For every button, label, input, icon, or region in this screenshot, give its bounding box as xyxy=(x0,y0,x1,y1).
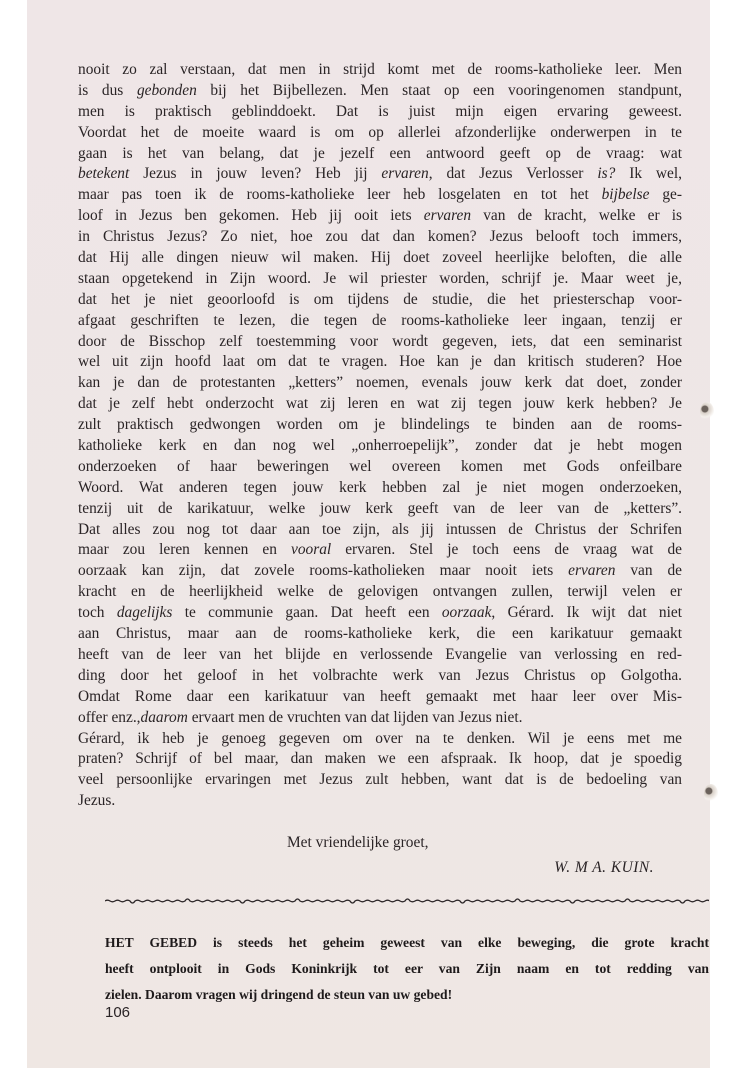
text-line: onderzoeken of haar beweringen wel overe… xyxy=(78,457,682,478)
text-run: Woord. Wat anderen tegen jouw kerk hebbe… xyxy=(78,479,682,496)
text-run: onderzoeken of haar beweringen wel overe… xyxy=(78,458,682,475)
prayer-notice: HET GEBED is steeds het geheim geweest v… xyxy=(105,930,709,1008)
text-run: afgaat geschriften te lezen, die tegen d… xyxy=(78,312,682,329)
text-line: afgaat geschriften te lezen, die tegen d… xyxy=(78,311,682,332)
text-run: kracht en de heerlijkheid welke de gelov… xyxy=(78,583,682,600)
text-line: dat Hij alle dingen nieuw wil maken. Hij… xyxy=(78,248,682,269)
emphasis-text: ervaren xyxy=(381,165,428,182)
text-line: heeft van de leer van het blijde en verl… xyxy=(78,645,682,666)
text-line: door de Bisschop zelf toestemming voor w… xyxy=(78,332,682,353)
text-run: van de xyxy=(615,562,682,579)
text-run: ge- xyxy=(649,186,682,203)
text-run: te communie gaan. Dat heeft een xyxy=(172,604,441,621)
emphasis-text: is? xyxy=(597,165,615,182)
text-run: , Gérard. Ik wijt dat niet xyxy=(491,604,682,621)
text-run: Ik wel, xyxy=(615,165,682,182)
text-run: staan opgetekend in Zijn woord. Je wil p… xyxy=(78,270,682,287)
text-line: Voordat het de moeite waard is om op all… xyxy=(78,123,682,144)
text-line: dat het je niet geoorloofd is om tijdens… xyxy=(78,290,682,311)
text-run: wel uit zijn hoofd laat om dat te vragen… xyxy=(78,353,682,370)
text-run: maar zou leren kennen en xyxy=(78,541,291,558)
text-line: aan Christus, maar aan de rooms-katholie… xyxy=(78,624,682,645)
text-line: staan opgetekend in Zijn woord. Je wil p… xyxy=(78,269,682,290)
text-run: tenzij uit de karikatuur, welke jouw ker… xyxy=(78,500,682,517)
text-line: is dus gebonden bij het Bijbellezen. Men… xyxy=(78,81,682,102)
book-page: nooit zo zal verstaan, dat men in strijd… xyxy=(27,0,710,1068)
text-run: maar pas toen ik de rooms-katholieke lee… xyxy=(78,186,602,203)
punch-hole-mark xyxy=(700,402,714,422)
text-line: Omdat Rome daar een karikatuur van heeft… xyxy=(78,687,682,708)
emphasis-text: vooral xyxy=(291,541,331,558)
text-line: kracht en de heerlijkheid welke de gelov… xyxy=(78,582,682,603)
text-line: nooit zo zal verstaan, dat men in strijd… xyxy=(78,60,682,81)
text-line: toch dagelijks te communie gaan. Dat hee… xyxy=(78,603,682,624)
emphasis-text: daarom xyxy=(141,709,188,726)
text-run: nooit zo zal verstaan, dat men in strijd… xyxy=(78,61,682,78)
text-line: maar pas toen ik de rooms-katholieke lee… xyxy=(78,185,682,206)
punch-hole-mark xyxy=(704,784,718,804)
text-run: men is praktisch geblinddoekt. Dat is ju… xyxy=(78,103,682,120)
letter-greeting: Met vriendelijke groet, xyxy=(287,834,428,852)
text-run: Gérard, ik heb je genoeg gegeven om over… xyxy=(78,730,682,747)
text-run: is dus xyxy=(78,82,137,99)
text-run: dat Hij alle dingen nieuw wil maken. Hij… xyxy=(78,249,682,266)
emphasis-text: bijbelse xyxy=(602,186,650,203)
text-line: wel uit zijn hoofd laat om dat te vragen… xyxy=(78,352,682,373)
text-line: HET GEBED is steeds het geheim geweest v… xyxy=(105,930,709,956)
text-line: Dat alles zou nog tot daar aan toe zijn,… xyxy=(78,520,682,541)
text-line: heeft ontplooit in Gods Koninkrijk tot e… xyxy=(105,956,709,982)
text-run: zult praktisch gedwongen worden om je bl… xyxy=(78,416,682,433)
page-number: 106 xyxy=(105,1004,130,1021)
text-run: toch xyxy=(78,604,117,621)
text-run: van de kracht, welke er is xyxy=(471,207,682,224)
text-run: , dat Jezus Verlosser xyxy=(429,165,598,182)
text-line: dat je zelf hebt onderzocht wat zij lere… xyxy=(78,394,682,415)
letter-body: nooit zo zal verstaan, dat men in strijd… xyxy=(78,60,682,812)
text-run: praten? Schrijf of bel maar, dan maken w… xyxy=(78,750,682,767)
text-line: gaan is het van belang, dat je jezelf ee… xyxy=(78,144,682,165)
text-run: oorzaak kan zijn, dat zovele rooms-katho… xyxy=(78,562,568,579)
text-line: Gérard, ik heb je genoeg gegeven om over… xyxy=(78,729,682,750)
text-run: loof in Jezus ben gekomen. Heb jij ooit … xyxy=(78,207,424,224)
text-line: ding door het geloof in het volbrachte w… xyxy=(78,666,682,687)
text-line: praten? Schrijf of bel maar, dan maken w… xyxy=(78,749,682,770)
text-run: ding door het geloof in het volbrachte w… xyxy=(78,667,682,684)
emphasis-text: dagelijks xyxy=(117,604,173,621)
text-run: kan je dan de protestanten „ketters” noe… xyxy=(78,374,682,391)
text-line: men is praktisch geblinddoekt. Dat is ju… xyxy=(78,102,682,123)
text-run: veel persoonlijke ervaringen met Jezus z… xyxy=(78,771,682,788)
text-run: ervaart men de vruchten van dat lijden v… xyxy=(188,709,523,726)
wavy-divider xyxy=(105,893,709,907)
emphasis-text: betekent xyxy=(78,165,129,182)
letter-signature: W. M A. KUIN. xyxy=(554,859,654,877)
text-run: gaan is het van belang, dat je jezelf ee… xyxy=(78,145,682,162)
text-line: veel persoonlijke ervaringen met Jezus z… xyxy=(78,770,682,791)
text-line: maar zou leren kennen en vooral ervaren.… xyxy=(78,540,682,561)
text-run: Dat alles zou nog tot daar aan toe zijn,… xyxy=(78,521,682,538)
emphasis-text: gebonden xyxy=(137,82,197,99)
text-run: dat het je niet geoorloofd is om tijdens… xyxy=(78,291,682,308)
text-run: Omdat Rome daar een karikatuur van heeft… xyxy=(78,688,682,705)
text-line: loof in Jezus ben gekomen. Heb jij ooit … xyxy=(78,206,682,227)
text-line: Woord. Wat anderen tegen jouw kerk hebbe… xyxy=(78,478,682,499)
text-line: kan je dan de protestanten „ketters” noe… xyxy=(78,373,682,394)
text-run: offer enz., xyxy=(78,709,141,726)
text-run: aan Christus, maar aan de rooms-katholie… xyxy=(78,625,682,642)
text-line: katholieke kerk en dan nog wel „onherroe… xyxy=(78,436,682,457)
text-line: oorzaak kan zijn, dat zovele rooms-katho… xyxy=(78,561,682,582)
emphasis-text: ervaren xyxy=(568,562,615,579)
text-run: is steeds het geheim geweest van elke be… xyxy=(197,935,709,950)
text-run: katholieke kerk en dan nog wel „onherroe… xyxy=(78,437,682,454)
text-run: in Christus Jezus? Zo niet, hoe zou dat … xyxy=(78,228,682,245)
text-line: zielen. Daarom vragen wij dringend de st… xyxy=(105,982,709,1008)
emphasis-text: ervaren xyxy=(424,207,471,224)
text-run: HET GEBED xyxy=(105,935,197,950)
text-line: zult praktisch gedwongen worden om je bl… xyxy=(78,415,682,436)
text-line: offer enz.,daarom ervaart men de vruchte… xyxy=(78,708,682,729)
emphasis-text: oorzaak xyxy=(442,604,492,621)
text-run: door de Bisschop zelf toestemming voor w… xyxy=(78,333,682,350)
text-run: Jezus in jouw leven? Heb jij xyxy=(129,165,381,182)
text-run: zielen. Daarom vragen wij dringend de st… xyxy=(105,987,452,1002)
text-run: Jezus. xyxy=(78,792,115,809)
text-line: in Christus Jezus? Zo niet, hoe zou dat … xyxy=(78,227,682,248)
text-line: Jezus. xyxy=(78,791,682,812)
text-run: dat je zelf hebt onderzocht wat zij lere… xyxy=(78,395,682,412)
text-run: heeft ontplooit in Gods Koninkrijk tot e… xyxy=(105,961,709,976)
text-run: Voordat het de moeite waard is om op all… xyxy=(78,124,682,141)
text-line: tenzij uit de karikatuur, welke jouw ker… xyxy=(78,499,682,520)
text-run: heeft van de leer van het blijde en verl… xyxy=(78,646,682,663)
text-run: bij het Bijbellezen. Men staat op een vo… xyxy=(197,82,682,99)
text-run: ervaren. Stel je toch eens de vraag wat … xyxy=(331,541,682,558)
text-line: betekent Jezus in jouw leven? Heb jij er… xyxy=(78,164,682,185)
